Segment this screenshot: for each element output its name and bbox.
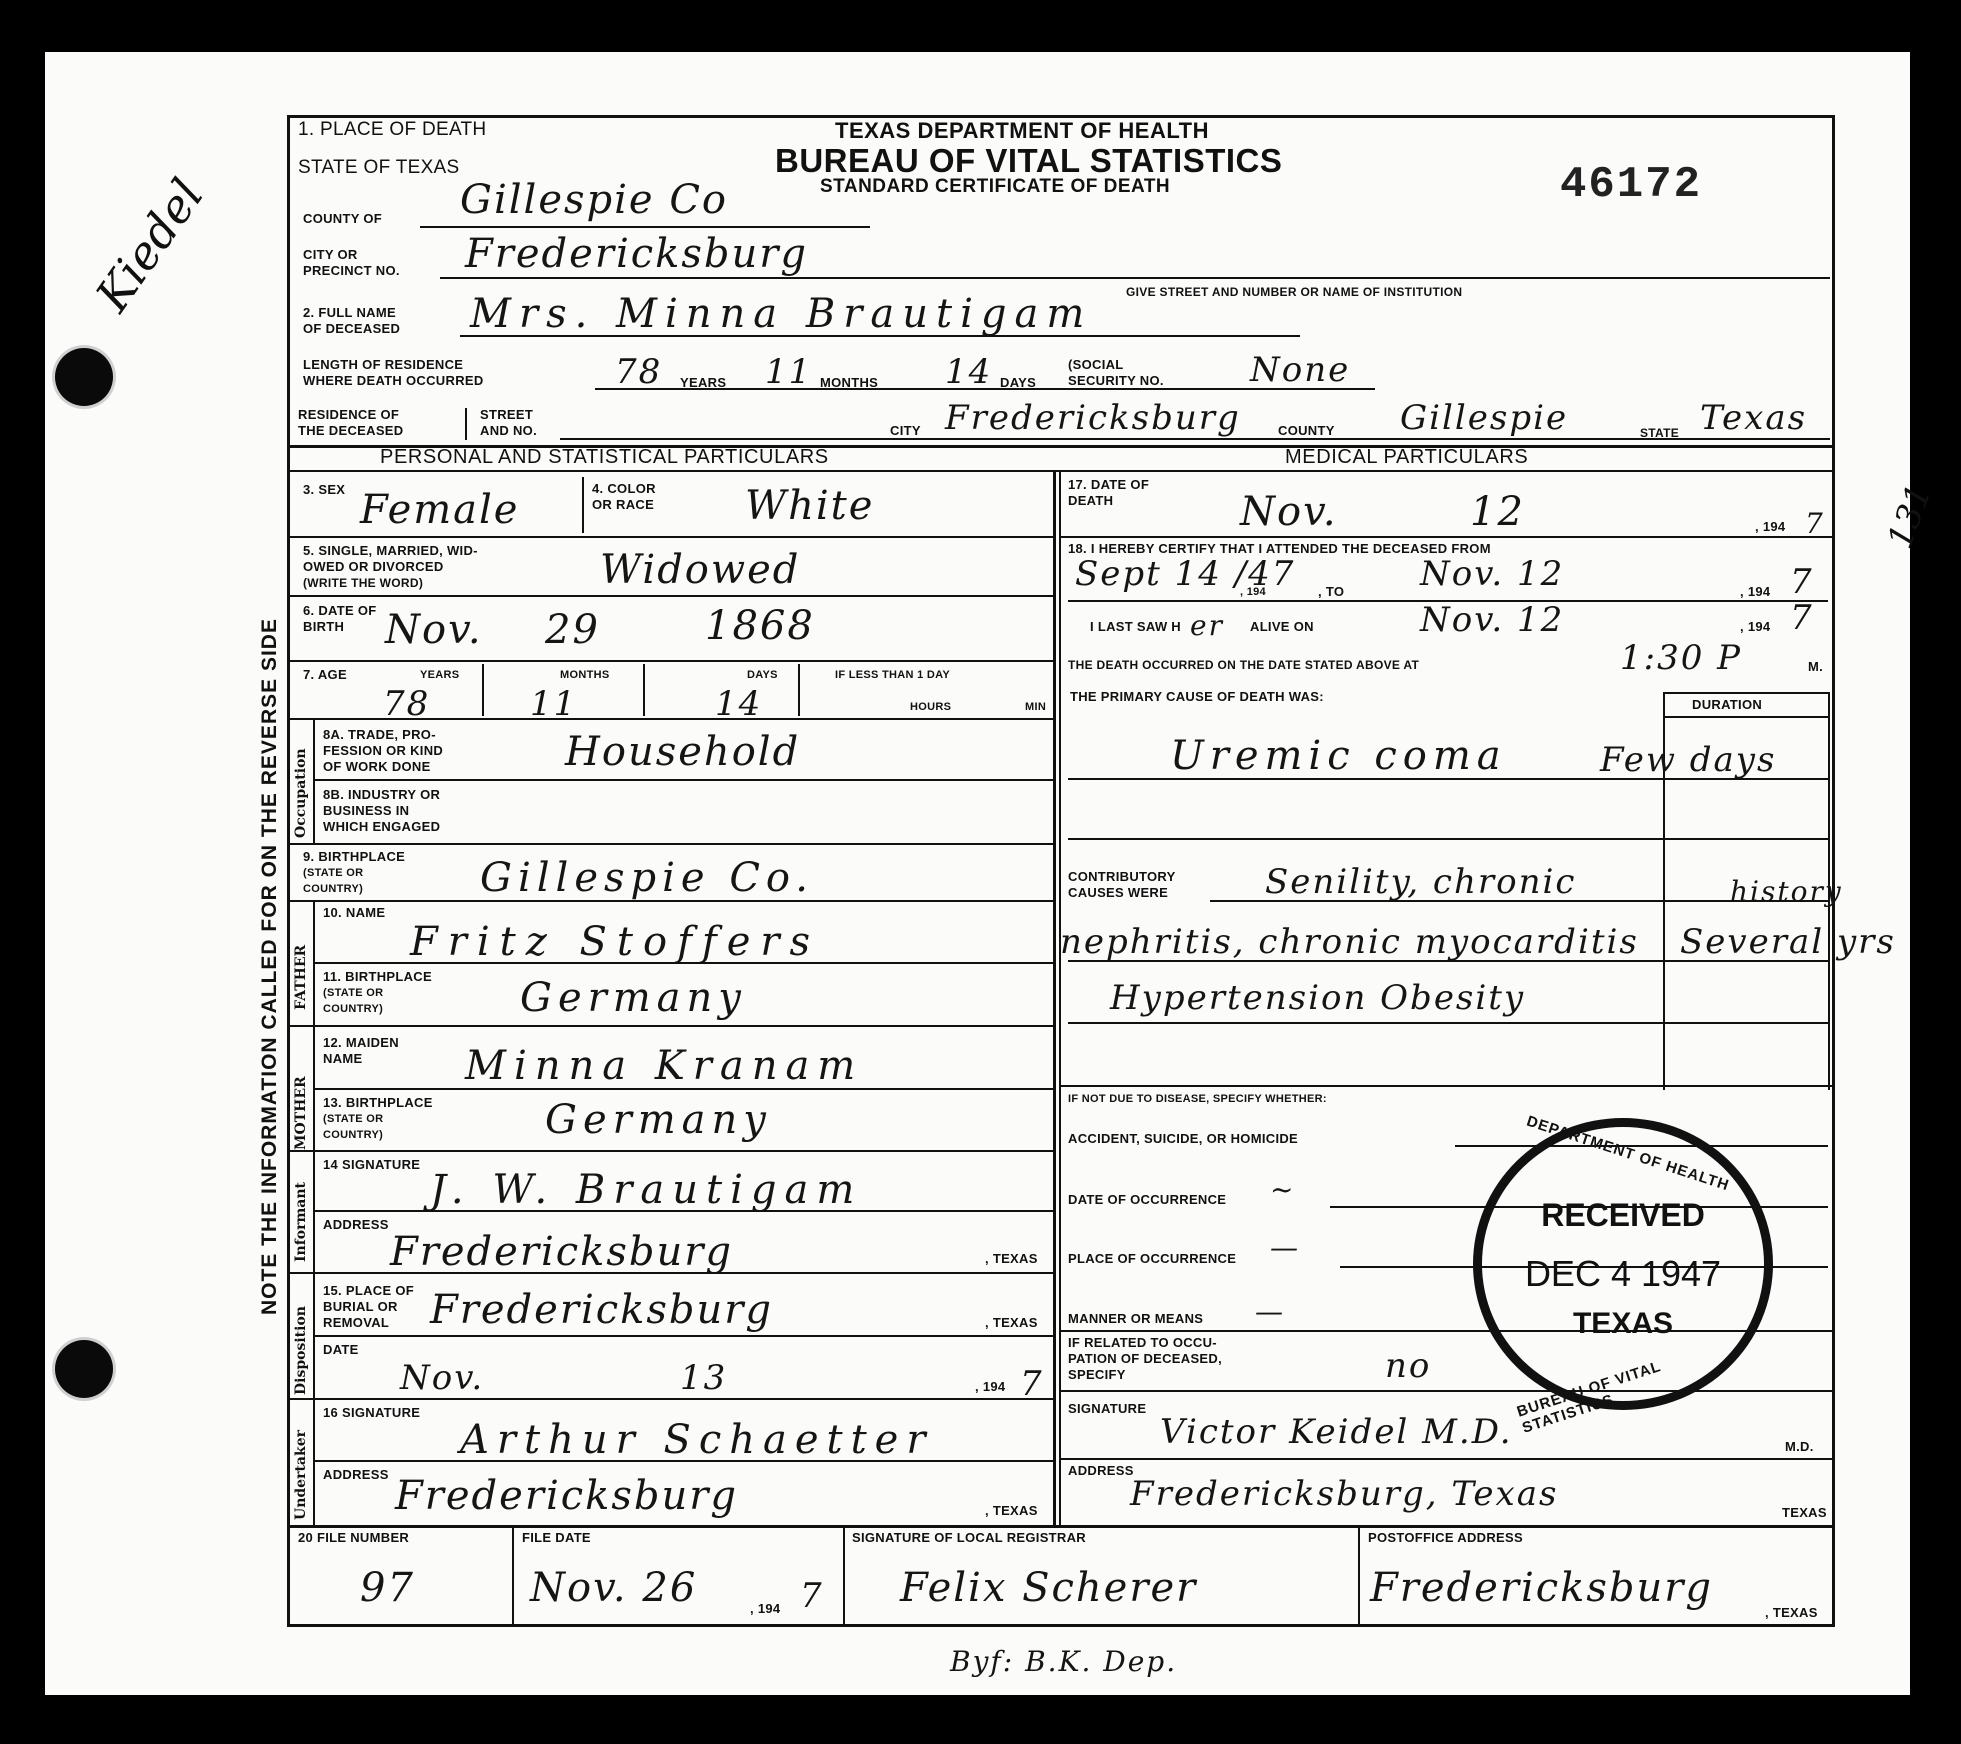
- county-value: Gillespie Co: [460, 178, 728, 222]
- stamp-date: DEC 4 1947: [1482, 1253, 1764, 1295]
- death-time-value: 1:30 P: [1620, 636, 1742, 680]
- occupation-side-label: Occupation: [293, 748, 309, 838]
- row-line-sex: [290, 536, 1053, 538]
- age-divider-3: [798, 664, 800, 716]
- row-line-trade: [313, 779, 1053, 781]
- certificate-number: 46172: [1560, 160, 1702, 210]
- burial-date-month: Nov.: [400, 1356, 484, 1400]
- primary-cause-value: Uremic coma: [1170, 734, 1507, 778]
- burial-label-2: BURIAL OR: [323, 1300, 398, 1314]
- contributory-label-2: CAUSES WERE: [1068, 886, 1168, 900]
- row-line-birthplace: [290, 900, 1053, 902]
- residence-city-label: CITY: [890, 424, 921, 438]
- race-label-2: OR RACE: [592, 498, 654, 512]
- place-of-death-label: 1. PLACE OF DEATH: [298, 122, 486, 138]
- physician-signature: Victor Keidel M.D.: [1160, 1410, 1513, 1454]
- father-birthplace-label-2: (STATE OR: [323, 986, 383, 1000]
- mother-side-label: MOTHER: [293, 1076, 309, 1150]
- sex-value: Female: [360, 488, 519, 532]
- min-label: MIN: [1025, 700, 1046, 714]
- residence-county-label: COUNTY: [1278, 424, 1335, 438]
- row-line-burial-place: [313, 1335, 1053, 1337]
- physician-texas-label: TEXAS: [1782, 1506, 1827, 1520]
- contributory-duration-2: Several yrs: [1680, 920, 1896, 964]
- informant-signature: J. W. Brautigam: [430, 1168, 862, 1212]
- postoffice-label: POSTOFFICE ADDRESS: [1368, 1531, 1523, 1545]
- occupation-related-label-1: IF RELATED TO OCCU-: [1068, 1336, 1217, 1350]
- postoffice-texas-label: , TEXAS: [1765, 1606, 1818, 1620]
- trade-label-1: 8A. TRADE, PRO-: [323, 728, 436, 742]
- age-days-label: DAYS: [747, 668, 778, 682]
- mother-birthplace-label-1: 13. BIRTHPLACE: [323, 1096, 433, 1110]
- birthplace-label-3: COUNTRY): [303, 882, 363, 896]
- to-label: , TO: [1318, 585, 1344, 599]
- punch-hole-bottom: [55, 1340, 113, 1398]
- form-title: STANDARD CERTIFICATE OF DEATH: [820, 176, 1170, 198]
- registrar-label: SIGNATURE OF LOCAL REGISTRAR: [852, 1531, 1086, 1545]
- ssn-label-1: (SOCIAL: [1068, 358, 1124, 372]
- informant-side-divider: [313, 1150, 315, 1275]
- received-stamp-seal: DEPARTMENT OF HEALTH BUREAU OF VITAL STA…: [1473, 1118, 1773, 1410]
- burial-place-value: Fredericksburg: [430, 1288, 773, 1332]
- ssn-value: None: [1250, 348, 1350, 392]
- marital-label-3: (WRITE THE WORD): [303, 576, 423, 590]
- stamp-state: TEXAS: [1482, 1307, 1764, 1341]
- sex-race-divider: [582, 477, 584, 533]
- informant-address: Fredericksburg: [390, 1230, 733, 1274]
- mother-name-label-1: 12. MAIDEN: [323, 1036, 399, 1050]
- file-year-prefix: , 194: [750, 1602, 780, 1616]
- birthplace-value: Gillespie Co.: [480, 856, 814, 900]
- undertaker-signature: Arthur Schaetter: [460, 1418, 933, 1462]
- undertaker-address: Fredericksburg: [395, 1474, 738, 1518]
- city-value: Fredericksburg: [465, 232, 808, 276]
- trade-label-3: OF WORK DONE: [323, 760, 431, 774]
- physician-address: Fredericksburg, Texas: [1130, 1472, 1558, 1516]
- md-label: M.D.: [1785, 1440, 1814, 1454]
- attended-from-year-prefix: , 194: [1240, 585, 1266, 599]
- marital-label-1: 5. SINGLE, MARRIED, WID-: [303, 544, 478, 558]
- residence-label-2: THE DECEASED: [298, 424, 403, 438]
- residence-years-value: 78: [615, 350, 662, 394]
- filing-divider-1: [512, 1525, 514, 1627]
- birthplace-label-2: (STATE OR: [303, 866, 363, 880]
- undertaker-sig-label: 16 SIGNATURE: [323, 1406, 420, 1420]
- disposition-side-divider: [313, 1275, 315, 1400]
- physician-signature-label: SIGNATURE: [1068, 1402, 1146, 1416]
- county-line: [420, 226, 870, 228]
- row-line-undertaker-sig: [313, 1460, 1053, 1462]
- last-saw-label-2: ALIVE ON: [1250, 620, 1314, 634]
- burial-label-3: REMOVAL: [323, 1316, 389, 1330]
- full-name-label-1: 2. FULL NAME: [303, 306, 396, 320]
- informant-side-label: Informant: [293, 1182, 309, 1262]
- primary-cause-label: THE PRIMARY CAUSE OF DEATH WAS:: [1070, 690, 1324, 704]
- m-label: M.: [1808, 660, 1823, 674]
- dod-day: 12: [1470, 490, 1525, 534]
- death-time-label: THE DEATH OCCURRED ON THE DATE STATED AB…: [1068, 658, 1419, 672]
- contributory-duration-1: history: [1730, 870, 1843, 914]
- row-line-marital: [290, 595, 1053, 597]
- age-label: 7. AGE: [303, 668, 347, 682]
- last-saw-date: Nov. 12: [1420, 598, 1564, 642]
- dod-year-prefix: , 194: [1755, 520, 1785, 534]
- sex-label: 3. SEX: [303, 483, 345, 497]
- dob-label-1: 6. DATE OF: [303, 604, 377, 618]
- cause-line-2: [1068, 838, 1828, 840]
- dept-title: TEXAS DEPARTMENT OF HEALTH: [835, 118, 1209, 144]
- row-line-informant-addr: [290, 1272, 1053, 1274]
- age-divider-1: [482, 664, 484, 716]
- industry-label-2: BUSINESS IN: [323, 804, 409, 818]
- medical-section-title: MEDICAL PARTICULARS: [1285, 446, 1528, 469]
- occurrence-place-value: —: [1270, 1226, 1300, 1270]
- disposition-side-label: Disposition: [293, 1306, 309, 1395]
- informant-texas-label: , TEXAS: [985, 1252, 1038, 1266]
- bureau-title: BUREAU OF VITAL STATISTICS: [775, 142, 1282, 180]
- contributory-line-3-rule: [1068, 1022, 1828, 1024]
- dod-month: Nov.: [1240, 490, 1338, 534]
- contributory-line-1-rule: [1210, 900, 1828, 902]
- age-months-label: MONTHS: [560, 668, 609, 682]
- row-line-dod: [1059, 536, 1835, 538]
- mother-name-label-2: NAME: [323, 1052, 362, 1066]
- institution-label: GIVE STREET AND NUMBER OR NAME OF INSTIT…: [1126, 285, 1462, 299]
- days-label: DAYS: [1000, 376, 1036, 390]
- file-date-value: Nov. 26: [530, 1566, 697, 1610]
- street-label-1: STREET: [480, 408, 533, 422]
- industry-label-3: WHICH ENGAGED: [323, 820, 440, 834]
- occupation-related-line: [1059, 1390, 1835, 1392]
- undertaker-side-divider: [313, 1400, 315, 1525]
- manner-label: MANNER OR MEANS: [1068, 1312, 1203, 1326]
- race-label-1: 4. COLOR: [592, 482, 656, 496]
- bottom-margin-note: Byf: B.K. Dep.: [950, 1640, 1177, 1684]
- industry-label-1: 8B. INDUSTRY OR: [323, 788, 440, 802]
- attended-to-year-prefix: , 194: [1740, 585, 1770, 599]
- file-number-value: 97: [360, 1566, 415, 1610]
- occupation-related-label-2: PATION OF DECEASED,: [1068, 1352, 1222, 1366]
- file-date-label: FILE DATE: [522, 1531, 591, 1545]
- undertaker-addr-label: ADDRESS: [323, 1468, 389, 1482]
- city-line: [440, 277, 1830, 279]
- informant-sig-label: 14 SIGNATURE: [323, 1158, 420, 1172]
- residence-days-value: 14: [945, 350, 992, 394]
- last-saw-year-prefix: , 194: [1740, 620, 1770, 634]
- city-label-2: PRECINCT NO.: [303, 264, 400, 278]
- dod-label-1: 17. DATE OF: [1068, 478, 1149, 492]
- undertaker-side-label: Undertaker: [293, 1430, 309, 1520]
- duration-header-top: [1663, 692, 1828, 694]
- mother-birthplace-value: Germany: [545, 1098, 772, 1142]
- physician-address-label: ADDRESS: [1068, 1464, 1134, 1478]
- duration-header-bottom: [1663, 716, 1828, 718]
- row-line-industry: [290, 843, 1053, 845]
- trade-value: Household: [565, 730, 800, 774]
- county-label: COUNTY OF: [303, 212, 382, 226]
- father-birthplace-value: Germany: [520, 976, 747, 1020]
- mother-birthplace-label-2: (STATE OR: [323, 1112, 383, 1126]
- file-year-digit: 7: [800, 1574, 824, 1618]
- stamp-received: RECEIVED: [1482, 1197, 1764, 1234]
- mother-birthplace-label-3: COUNTRY): [323, 1128, 383, 1142]
- file-number-label: 20 FILE NUMBER: [298, 1531, 409, 1545]
- residence-city-value: Fredericksburg: [945, 396, 1241, 440]
- physician-signature-line: [1059, 1458, 1835, 1460]
- row-line-mother-bp: [290, 1150, 1053, 1152]
- residence-county-value: Gillespie: [1400, 396, 1568, 440]
- section-header-underline: [290, 470, 1835, 472]
- last-saw-year: 7: [1790, 596, 1814, 640]
- primary-duration-value: Few days: [1600, 738, 1776, 782]
- hours-label: HOURS: [910, 700, 951, 714]
- mother-name-value: Minna Kranam: [465, 1044, 863, 1088]
- occurrence-date-value: ~: [1270, 1168, 1295, 1212]
- contributory-label-1: CONTRIBUTORY: [1068, 870, 1176, 884]
- residence-label-1: RESIDENCE OF: [298, 408, 399, 422]
- punch-hole-top: [55, 348, 113, 406]
- residence-state-value: Texas: [1700, 396, 1807, 440]
- dob-label-2: BIRTH: [303, 620, 344, 634]
- column-divider-inner: [1059, 470, 1061, 1525]
- dob-month: Nov.: [385, 608, 483, 652]
- age-divider-2: [643, 664, 645, 716]
- less-than-day-label: IF LESS THAN 1 DAY: [835, 668, 950, 682]
- filing-divider-2: [843, 1525, 845, 1627]
- occupation-related-label-3: SPECIFY: [1068, 1368, 1126, 1382]
- row-line-causes-end: [1059, 1085, 1835, 1087]
- father-name-value: Fritz Stoffers: [410, 920, 820, 964]
- burial-date-label: DATE: [323, 1343, 359, 1357]
- undertaker-texas-label: , TEXAS: [985, 1504, 1038, 1518]
- informant-addr-label: ADDRESS: [323, 1218, 389, 1232]
- dod-label-2: DEATH: [1068, 494, 1113, 508]
- state-of-texas-label: STATE OF TEXAS: [298, 160, 460, 176]
- filing-row-top: [290, 1525, 1835, 1528]
- full-name-value: Mrs. Minna Brautigam: [470, 292, 1092, 336]
- dob-day: 29: [545, 608, 600, 652]
- last-saw-label-1: I LAST SAW H: [1090, 620, 1181, 634]
- attended-to: Nov. 12: [1420, 552, 1564, 596]
- personal-section-title: PERSONAL AND STATISTICAL PARTICULARS: [380, 446, 829, 469]
- city-label-1: CITY OR: [303, 248, 358, 262]
- occurrence-date-label: DATE OF OCCURRENCE: [1068, 1193, 1226, 1207]
- residence-length-label-2: WHERE DEATH OCCURRED: [303, 374, 484, 388]
- contributory-line-2-rule: [1068, 960, 1828, 962]
- marital-value: Widowed: [600, 548, 800, 592]
- registrar-signature: Felix Scherer: [900, 1566, 1197, 1610]
- postoffice-address: Fredericksburg: [1370, 1566, 1713, 1610]
- occupation-related-value: no: [1385, 1344, 1431, 1388]
- burial-label-1: 15. PLACE OF: [323, 1284, 414, 1298]
- father-name-label: 10. NAME: [323, 906, 385, 920]
- dob-year: 1868: [705, 604, 815, 648]
- ssn-label-2: SECURITY NO.: [1068, 374, 1164, 388]
- contributory-line-3: Hypertension Obesity: [1110, 976, 1525, 1020]
- residence-months-value: 11: [765, 350, 812, 394]
- residence-state-label: STATE: [1640, 426, 1679, 440]
- row-line-informant-sig: [313, 1210, 1053, 1212]
- row-line-mother-name: [313, 1088, 1053, 1090]
- burial-date-day: 13: [680, 1356, 727, 1400]
- residence-bracket: [465, 408, 467, 440]
- street-label-2: AND NO.: [480, 424, 537, 438]
- marital-label-2: OWED OR DIVORCED: [303, 560, 444, 574]
- row-line-father-bp: [290, 1025, 1053, 1027]
- row-line-age: [290, 718, 1053, 720]
- months-label: MONTHS: [820, 376, 878, 390]
- not-disease-label: IF NOT DUE TO DISEASE, SPECIFY WHETHER:: [1068, 1092, 1327, 1106]
- age-years-label: YEARS: [420, 668, 459, 682]
- column-divider: [1053, 470, 1056, 1525]
- father-birthplace-label-3: COUNTRY): [323, 1002, 383, 1016]
- duration-label: DURATION: [1692, 698, 1762, 712]
- father-side-label: FATHER: [293, 945, 309, 1010]
- occurrence-place-label: PLACE OF OCCURRENCE: [1068, 1252, 1236, 1266]
- full-name-label-2: OF DECEASED: [303, 322, 400, 336]
- burial-year-prefix: , 194: [975, 1380, 1005, 1394]
- dod-year-digit: 7: [1805, 502, 1825, 546]
- manner-value: —: [1255, 1290, 1285, 1334]
- race-value: White: [745, 484, 874, 528]
- row-line-dob: [290, 660, 1053, 662]
- years-label: YEARS: [680, 376, 726, 390]
- filing-divider-3: [1358, 1525, 1360, 1627]
- father-birthplace-label-1: 11. BIRTHPLACE: [323, 970, 432, 984]
- contributory-line-1: Senility, chronic: [1265, 860, 1576, 904]
- trade-label-2: FESSION OR KIND: [323, 744, 443, 758]
- row-line-father-name: [313, 962, 1053, 964]
- burial-texas-label: , TEXAS: [985, 1316, 1038, 1330]
- contributory-line-2: nephritis, chronic myocarditis: [1060, 920, 1639, 964]
- reverse-side-note: NOTE THE INFORMATION CALLED FOR ON THE R…: [258, 618, 282, 1315]
- birthplace-label-1: 9. BIRTHPLACE: [303, 850, 405, 864]
- cause-line-1: [1068, 778, 1828, 780]
- accident-label: ACCIDENT, SUICIDE, OR HOMICIDE: [1068, 1132, 1298, 1146]
- row-line-burial-date: [290, 1398, 1053, 1400]
- residence-length-label-1: LENGTH OF RESIDENCE: [303, 358, 463, 372]
- last-saw-pronoun: er: [1190, 604, 1224, 648]
